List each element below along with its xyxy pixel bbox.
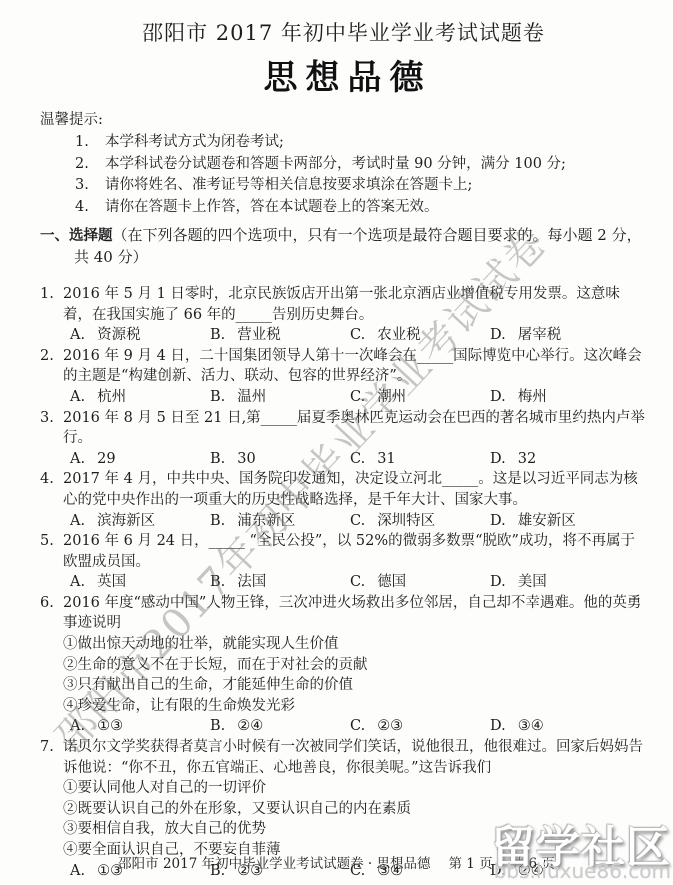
page-footer: 邵阳市 2017 年初中毕业学业考试试题卷 · 思想品德第 1 页共 6 页	[0, 852, 673, 872]
option-text: 英国	[97, 574, 126, 590]
exam-paper-page: 邵阳市 2017 年初中毕业学业考试试题卷 思想品德 温馨提示: 1.本学科考试…	[0, 0, 673, 885]
answer-option: C.德国	[350, 572, 490, 593]
option-text: 屠宰税	[518, 327, 562, 343]
option-label: C.	[350, 449, 365, 470]
answer-option: B.营业税	[210, 325, 350, 346]
answer-option: C.②③	[350, 716, 490, 737]
option-text: 滨海新区	[97, 513, 155, 529]
question-text: 诺贝尔文学奖获得者莫言小时候有一次被同学们笑话，说他很丑，他很难过。回家后妈妈告…	[63, 739, 643, 776]
answer-option: D.32	[490, 449, 536, 470]
tip-number: 1.	[75, 132, 105, 154]
option-text: ②④	[237, 718, 263, 734]
tip-number: 3.	[75, 175, 105, 197]
option-text: ②③	[377, 718, 403, 734]
answer-option: B.30	[210, 449, 350, 470]
option-text: 潮州	[377, 389, 406, 405]
option-label: B.	[210, 387, 225, 408]
option-text: 雄安新区	[518, 513, 576, 529]
footer-page-number: 第 1 页	[448, 856, 492, 872]
answer-option: D.屠宰税	[490, 325, 561, 346]
tip-text: 本学科试卷分试题卷和答题卡两部分，考试时量 90 分钟，满分 100 分;	[105, 156, 566, 172]
option-label: C.	[350, 511, 365, 532]
option-label: A.	[70, 325, 85, 346]
answer-option: A.29	[70, 449, 210, 470]
answer-option: B.温州	[210, 387, 350, 408]
option-label: B.	[210, 511, 225, 532]
question-text: 2016 年 6 月 24 日，_____ “全民公投”，以 52%的微弱多数票…	[63, 533, 635, 570]
question: 3.2016 年 8 月 5 日至 21 日,第_____届夏季奥林匹克运动会在…	[40, 408, 647, 470]
section-description: （在下列各题的四个选项中，只有一个选项是最符合题目要求的。每小题 2 分，共 4…	[74, 226, 642, 267]
question-number: 4.	[40, 469, 63, 490]
question-subitem: ②生命的意义不在于长短，而在于对社会的贡献	[40, 655, 647, 676]
answer-option: C.潮州	[350, 387, 490, 408]
answer-option: C.深圳特区	[350, 511, 490, 532]
option-text: 资源税	[97, 327, 141, 343]
answer-option: D.美国	[490, 572, 547, 593]
question-number: 1.	[40, 284, 63, 305]
option-text: 温州	[237, 389, 266, 405]
answer-option: A.滨海新区	[70, 511, 210, 532]
question-text: 2016 年度“感动中国”人物王锋，三次冲进火场救出多位邻居，自己却不幸遇难。他…	[63, 595, 641, 632]
option-label: D.	[490, 572, 506, 593]
option-text: 30	[237, 451, 255, 467]
option-text: 29	[97, 451, 115, 467]
tip-item: 4.请你在答题卡上作答，答在本试题卷上的答案无效。	[40, 197, 647, 219]
question-subitem: ③只有献出自己的生命，才能延伸生命的价值	[40, 675, 647, 696]
question-options: A.29B.30C.31D.32	[40, 449, 647, 470]
option-text: 营业税	[237, 327, 281, 343]
section-title: 一、选择题	[40, 228, 113, 244]
answer-option: A.①③	[70, 716, 210, 737]
option-label: D.	[490, 387, 506, 408]
footer-title: 邵阳市 2017 年初中毕业学业考试试题卷 · 思想品德	[118, 856, 430, 872]
tip-text: 本学科考试方式为闭卷考试;	[105, 134, 284, 150]
question-options: A.资源税B.营业税C.农业税D.屠宰税	[40, 325, 647, 346]
question-subitems: ①做出惊天动地的壮举，就能实现人生价值②生命的意义不在于长短，而在于对社会的贡献…	[40, 634, 647, 716]
option-text: 31	[377, 451, 395, 467]
option-label: D.	[490, 511, 506, 532]
option-label: B.	[210, 572, 225, 593]
question-text: 2016 年 9 月 4 日，二十国集团领导人第十一次峰会在_____国际博览中…	[63, 348, 642, 385]
question: 5.2016 年 6 月 24 日，_____ “全民公投”，以 52%的微弱多…	[40, 531, 647, 593]
answer-option: C.农业税	[350, 325, 490, 346]
option-text: 美国	[518, 574, 547, 590]
option-label: A.	[70, 449, 85, 470]
answer-option: B.浦东新区	[210, 511, 350, 532]
answer-option: D.雄安新区	[490, 511, 576, 532]
page-title: 邵阳市 2017 年初中毕业学业考试试题卷	[40, 18, 647, 48]
option-label: A.	[70, 511, 85, 532]
option-label: C.	[350, 716, 365, 737]
option-text: 梅州	[518, 389, 547, 405]
tip-number: 2.	[75, 154, 105, 176]
answer-option: B.法国	[210, 572, 350, 593]
question-options: A.英国B.法国C.德国D.美国	[40, 572, 647, 593]
answer-option: B.②④	[210, 716, 350, 737]
subject-title: 思想品德	[40, 56, 647, 100]
option-text: 32	[518, 451, 536, 467]
question-number: 5.	[40, 531, 63, 552]
questions-list: 1.2016 年 5 月 1 日零时，北京民族饭店开出第一张北京酒店业增值税专用…	[40, 284, 647, 881]
question: 2.2016 年 9 月 4 日，二十国集团领导人第十一次峰会在_____国际博…	[40, 346, 647, 408]
tip-number: 4.	[75, 197, 105, 219]
tip-text: 请你在答题卡上作答，答在本试题卷上的答案无效。	[105, 199, 439, 215]
option-text: 农业税	[377, 327, 421, 343]
page-content: 邵阳市 2017 年初中毕业学业考试试题卷 思想品德 温馨提示: 1.本学科考试…	[40, 12, 647, 881]
question-subitem: ③要相信自我，放大自己的优势	[40, 819, 647, 840]
question: 4.2017 年 4 月，中共中央、国务院印发通知，决定设立河北_____。这是…	[40, 469, 647, 531]
question-options: A.滨海新区B.浦东新区C.深圳特区D.雄安新区	[40, 511, 647, 532]
question-options: A.杭州B.温州C.潮州D.梅州	[40, 387, 647, 408]
option-label: C.	[350, 325, 365, 346]
answer-option: A.英国	[70, 572, 210, 593]
option-text: ①③	[97, 718, 123, 734]
option-text: 杭州	[97, 389, 126, 405]
tips-section: 温馨提示: 1.本学科考试方式为闭卷考试;2.本学科试卷分试题卷和答题卡两部分，…	[40, 110, 647, 219]
option-text: 浦东新区	[237, 513, 295, 529]
option-label: B.	[210, 325, 225, 346]
option-label: A.	[70, 572, 85, 593]
question-number: 7.	[40, 737, 63, 758]
option-label: B.	[210, 449, 225, 470]
option-label: D.	[490, 716, 506, 737]
tips-heading: 温馨提示:	[40, 110, 647, 132]
option-label: C.	[350, 387, 365, 408]
tip-item: 3.请你将姓名、准考证号等相关信息按要求填涂在答题卡上;	[40, 175, 647, 197]
question-text: 2016 年 8 月 5 日至 21 日,第_____届夏季奥林匹克运动会在巴西…	[63, 410, 645, 447]
question-subitem: ①要认同他人对自己的一切评价	[40, 778, 647, 799]
answer-option: D.③④	[490, 716, 544, 737]
option-label: A.	[70, 387, 85, 408]
answer-option: A.杭州	[70, 387, 210, 408]
question-subitem: ①做出惊天动地的壮举，就能实现人生价值	[40, 634, 647, 655]
question-number: 2.	[40, 346, 63, 367]
question-number: 6.	[40, 593, 63, 614]
question-text: 2016 年 5 月 1 日零时，北京民族饭店开出第一张北京酒店业增值税专用发票…	[63, 286, 620, 323]
option-label: A.	[70, 716, 85, 737]
option-label: D.	[490, 325, 506, 346]
question-subitem: ④珍爱生命，让有限的生命焕发光彩	[40, 696, 647, 717]
tips-list: 1.本学科考试方式为闭卷考试;2.本学科试卷分试题卷和答题卡两部分，考试时量 9…	[40, 132, 647, 219]
option-label: C.	[350, 572, 365, 593]
answer-option: A.资源税	[70, 325, 210, 346]
answer-option: C.31	[350, 449, 490, 470]
option-text: 德国	[377, 574, 406, 590]
option-label: B.	[210, 716, 225, 737]
option-text: ③④	[518, 718, 544, 734]
question-text: 2017 年 4 月，中共中央、国务院印发通知，决定设立河北_____。这是以习…	[63, 471, 638, 508]
tip-text: 请你将姓名、准考证号等相关信息按要求填涂在答题卡上;	[105, 177, 472, 193]
question-subitem: ②既要认识自己的外在形象，又要认识自己的内在素质	[40, 799, 647, 820]
option-text: 法国	[237, 574, 266, 590]
footer-page-total: 共 6 页	[511, 856, 555, 872]
question-options: A.①③B.②④C.②③D.③④	[40, 716, 647, 737]
question-number: 3.	[40, 408, 63, 429]
question: 6.2016 年度“感动中国”人物王锋，三次冲进火场救出多位邻居，自己却不幸遇难…	[40, 593, 647, 737]
question-subitems: ①要认同他人对自己的一切评价②既要认识自己的外在形象，又要认识自己的内在素质③要…	[40, 778, 647, 860]
option-label: D.	[490, 449, 506, 470]
tip-item: 2.本学科试卷分试题卷和答题卡两部分，考试时量 90 分钟，满分 100 分;	[40, 154, 647, 176]
option-text: 深圳特区	[377, 513, 435, 529]
question: 1.2016 年 5 月 1 日零时，北京民族饭店开出第一张北京酒店业增值税专用…	[40, 284, 647, 346]
answer-option: D.梅州	[490, 387, 547, 408]
tip-item: 1.本学科考试方式为闭卷考试;	[40, 132, 647, 154]
section-heading: 一、选择题（在下列各题的四个选项中，只有一个选项是最符合题目要求的。每小题 2 …	[40, 225, 647, 269]
